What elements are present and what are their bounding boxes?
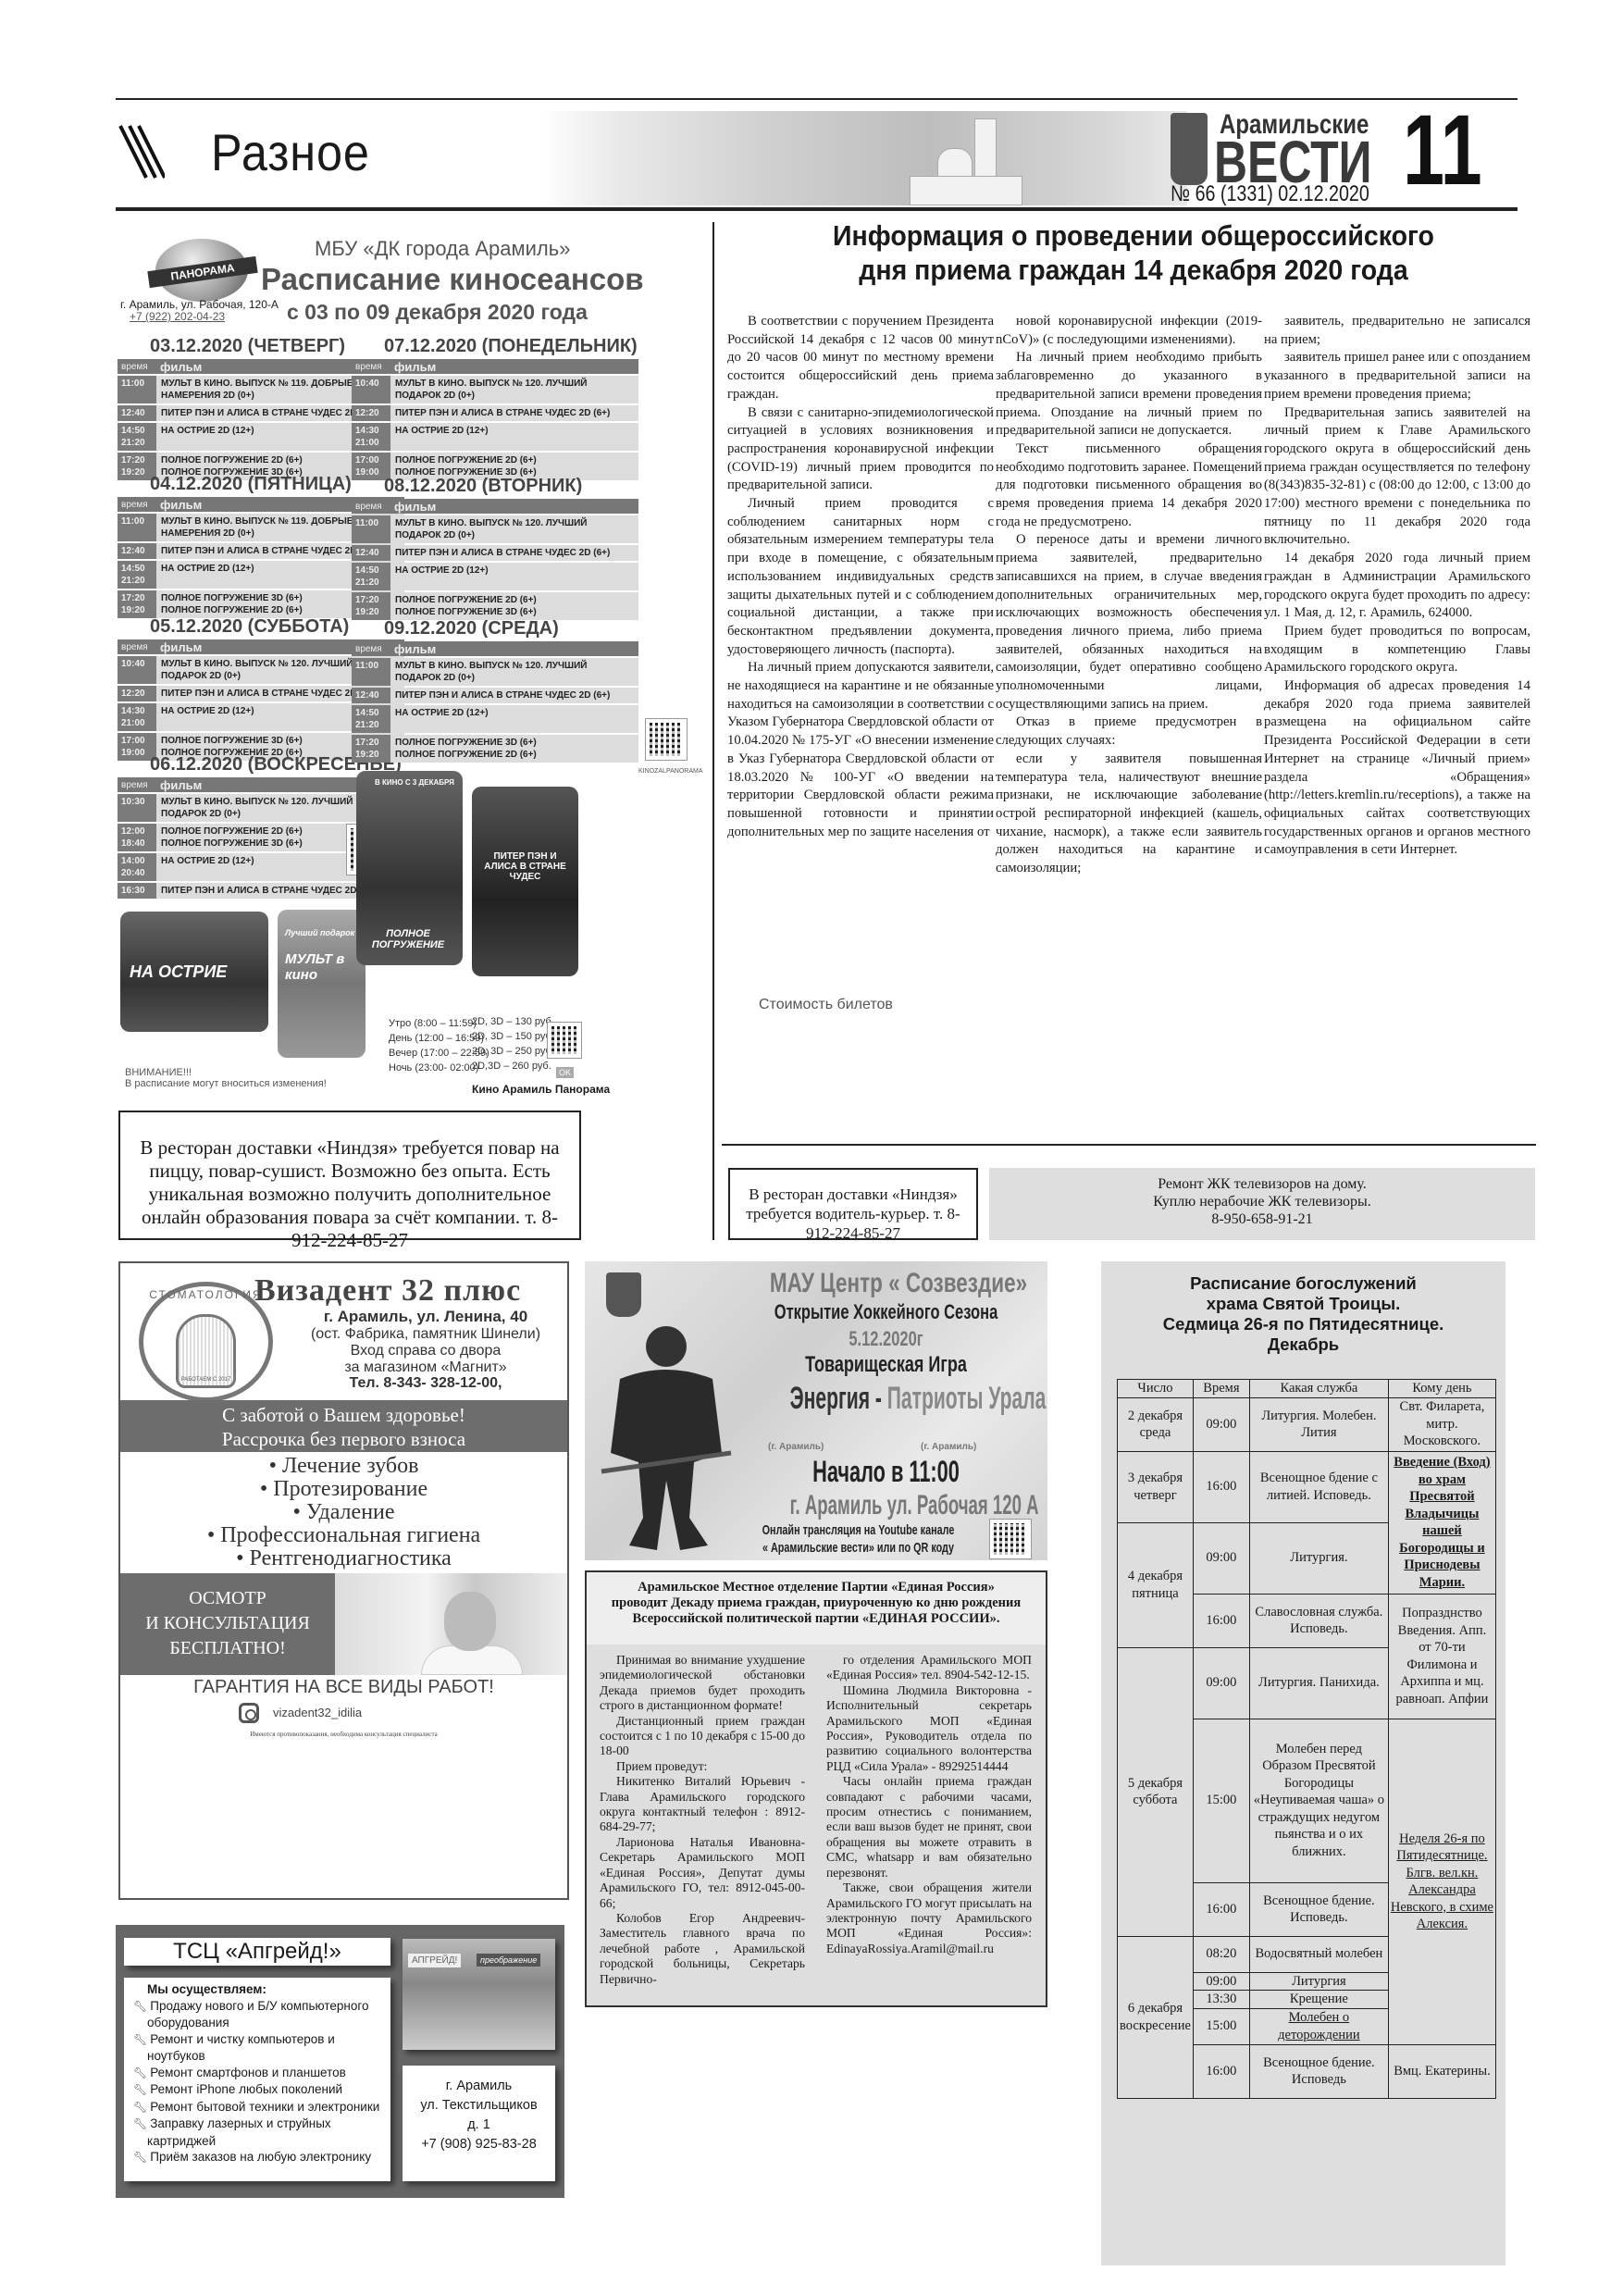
paragraph: На личный прием необходимо прибыть забла…	[996, 349, 1262, 441]
row-service: Литургия.	[1249, 1522, 1388, 1594]
instagram-icon[interactable]	[239, 1703, 259, 1723]
paragraph: Прием будет проводиться по вопросам, вхо…	[1264, 623, 1530, 677]
upgrade-service-label: Ремонт смартфонов и планшетов	[150, 2066, 346, 2079]
upgrade-address: г. Арамиль ул. Текстильщиков д. 1 +7 (90…	[403, 2066, 555, 2181]
edinaya-col-1: Принимая во внимание ухудшение эпидемиол…	[600, 1653, 805, 1987]
row-saint: Неделя 26-я по Пятидесятнице. Блгв. вел.…	[1388, 1719, 1495, 2044]
qr-caption: KINOZALPANORAMA	[638, 768, 703, 775]
upgrade-service-item: 🔧︎Ремонт смартфонов и планшетов	[133, 2065, 387, 2082]
session-time: 17:20 19:20	[352, 592, 390, 620]
wrench-icon: 🔧︎	[133, 2083, 147, 2096]
session-film: МУЛЬТ В КИНО. ВЫПУСК № 120. ЛУЧШИЙ ПОДАР…	[390, 376, 638, 403]
price-period: Ночь (23:00- 02:00)	[389, 1062, 478, 1074]
table-row: 12:20ПИТЕР ПЭН И АЛИСА В СТРАНЕ ЧУДЕС 2D…	[352, 405, 638, 421]
tv-repair-line2: Куплю нерабочие ЖК телевизоры.	[997, 1193, 1528, 1210]
hockey-org: МАУ Центр « Созвездие»	[770, 1268, 1002, 1299]
col-service: Какая служба	[1249, 1380, 1388, 1398]
session-time: 12:40	[352, 545, 390, 561]
church-schedule-table: Число Время Какая служба Кому день 2 дек…	[1117, 1379, 1496, 2099]
col-time: время	[118, 777, 156, 792]
table-row: 14:50 21:20НА ОСТРИЕ 2D (12+)	[352, 563, 638, 590]
cinema-day-table: времяфильм10:40МУЛЬТ В КИНО. ВЫПУСК № 12…	[352, 357, 638, 482]
paragraph: В связи с санитарно-эпидемиологической с…	[727, 404, 994, 496]
session-time: 12:20	[118, 686, 156, 701]
city-crest-icon	[606, 1272, 641, 1317]
session-film: НА ОСТРИЕ 2D (12+)	[390, 423, 638, 451]
article-title-line1: Информация о проведении общероссийского	[759, 218, 1508, 253]
col-time: Время	[1193, 1380, 1249, 1398]
row-service: Литургия. Молебен. Лития	[1249, 1397, 1388, 1451]
tv-repair-ad: Ремонт ЖК телевизоров на дому. Куплю нер…	[989, 1168, 1535, 1240]
page-number: 11	[1403, 104, 1482, 196]
row-time: 16:00	[1193, 1882, 1249, 1936]
hockey-stream2: « Арамильские вести» или по QR коду	[747, 1540, 970, 1556]
col-time: время	[118, 639, 156, 654]
row-service: Всенощное бдение. Исповедь	[1249, 2044, 1388, 2098]
hockey-stream1: Онлайн трансляция на Youtube канале	[747, 1522, 970, 1538]
instagram-handle[interactable]: vizadent32_idilia	[273, 1706, 362, 1719]
col-time: время	[118, 497, 156, 512]
table-row: 12:40ПИТЕР ПЭН И АЛИСА В СТРАНЕ ЧУДЕС 2D…	[352, 545, 638, 561]
free-line3: БЕСПЛАТНО!	[120, 1636, 335, 1661]
paragraph: если у заявителя повышенная температура …	[996, 751, 1262, 878]
hockey-game-type: Товарищеская Игра	[770, 1352, 1002, 1378]
session-time: 17:20 19:20	[352, 735, 390, 763]
session-time: 12:40	[118, 543, 156, 559]
paragraph: Также, свои обращения жители Арамильског…	[826, 1880, 1032, 1956]
row-saint: Попразднство Введения. Апп. от 70-ти Фил…	[1388, 1594, 1495, 1719]
session-film: МУЛЬТ В КИНО. ВЫПУСК № 120. ЛУЧШИЙ ПОДАР…	[390, 658, 638, 686]
row-saint: Свт. Филарета, митр. Московского.	[1388, 1397, 1495, 1451]
hockey-player-icon	[592, 1314, 740, 1555]
col-film: фильм	[390, 359, 638, 374]
poster-polnoe-pogruzhenie: В КИНО С 3 ДЕКАБРЯ ПОЛНОЕ ПОГРУЖЕНИЕ	[356, 771, 463, 965]
free-line1: ОСМОТР	[120, 1586, 335, 1611]
session-time: 11:00	[352, 515, 390, 543]
paragraph: В соответствии с поручением Президента Р…	[727, 313, 994, 404]
row-date: 3 декабря четверг	[1118, 1451, 1194, 1522]
upgrade-service-label: Заправку лазерных и струйных картриджей	[147, 2116, 331, 2148]
wrench-icon: 🔧︎	[133, 2101, 147, 2114]
dental-entrance2: за магазином «Магнит»	[301, 1359, 551, 1376]
cinema-day-7: 09.12.2020 (СРЕДА)времяфильм11:00МУЛЬТ В…	[352, 617, 638, 764]
session-time: 14:30 21:00	[352, 423, 390, 451]
price-value: 2D, 3D – 250 руб.	[472, 1046, 554, 1057]
row-time: 09:00	[1193, 1972, 1249, 1991]
session-time: 17:20 19:20	[118, 590, 156, 618]
dental-band-line2: Рассрочка без первого взноса	[120, 1427, 567, 1451]
row-service: Крещение	[1249, 1991, 1388, 2009]
dental-entrance1: Вход справа со двора	[301, 1343, 551, 1359]
wrench-icon: 🔧︎	[133, 2117, 147, 2130]
church-title-line4: Декабрь	[1101, 1334, 1505, 1355]
session-film: ПОЛНОЕ ПОГРУЖЕНИЕ 3D (6+) ПОЛНОЕ ПОГРУЖЕ…	[390, 735, 638, 763]
dental-service-item: • Протезирование	[120, 1478, 567, 1501]
paragraph: Часы онлайн приема граждан совпадают с р…	[826, 1774, 1032, 1880]
paragraph: 14 декабря 2020 года личный прием гражда…	[1264, 550, 1530, 623]
row-service: Литургия. Панихида.	[1249, 1647, 1388, 1719]
table-row: 11:00МУЛЬТ В КИНО. ВЫПУСК № 120. ЛУЧШИЙ …	[352, 515, 638, 543]
dental-landmark: (ост. Фабрика, памятник Шинели)	[301, 1326, 551, 1343]
session-time: 14:30 21:00	[118, 703, 156, 731]
col-time: время	[352, 499, 390, 514]
hockey-event: Открытие Хоккейного Сезона	[770, 1300, 1002, 1324]
upgrade-service-item: 🔧︎Заправку лазерных и струйных картридже…	[133, 2116, 387, 2149]
paragraph: Шомина Людмила Викторовна - Исполнительн…	[826, 1683, 1032, 1774]
upgrade-addr1: г. Арамиль	[403, 2077, 555, 2096]
paragraph: го отделения Арамильского МОП «Единая Ро…	[826, 1653, 1032, 1683]
col-date: Число	[1118, 1380, 1194, 1398]
session-film: ПОЛНОЕ ПОГРУЖЕНИЕ 2D (6+) ПОЛНОЕ ПОГРУЖЕ…	[390, 592, 638, 620]
cinema-signature: Кино Арамиль Панорама	[472, 1083, 610, 1096]
dental-logo-text: СТОМАТОЛОГИЯ	[148, 1288, 264, 1301]
row-date: 6 декабря воскресение	[1118, 1936, 1194, 2098]
article-title-line2: дня приема граждан 14 декабря 2020 года	[759, 253, 1508, 287]
hockey-start: Начало в 11:00	[781, 1455, 992, 1489]
dental-free-consult: ОСМОТР И КОНСУЛЬТАЦИЯ БЕСПЛАТНО!	[120, 1573, 335, 1675]
session-time: 12:20	[352, 405, 390, 421]
table-row: 12:40ПИТЕР ПЭН И АЛИСА В СТРАНЕ ЧУДЕС 2D…	[352, 688, 638, 703]
table-row: 2 декабря среда 09:00 Литургия. Молебен.…	[1118, 1397, 1496, 1451]
dental-service-item: • Удаление	[120, 1501, 567, 1524]
paragraph: Текст письменного обращения необходимо п…	[996, 441, 1262, 532]
dental-clinic-name: Визадент 32 плюс	[254, 1273, 521, 1309]
section-slashes-icon	[118, 122, 165, 181]
dental-guarantee: ГАРАНТИЯ НА ВСЕ ВИДЫ РАБОТ!	[120, 1677, 567, 1698]
row-date: 5 декабря суббота	[1118, 1647, 1194, 1936]
paragraph: Предварительная запись заявителей на лич…	[1264, 404, 1530, 551]
dental-service-item: • Лечение зубов	[120, 1455, 567, 1478]
dental-service-item: • Рентгенодиагностика	[120, 1547, 567, 1570]
church-title-line3: Седмица 26-я по Пятидесятнице.	[1101, 1314, 1505, 1334]
session-film: ПИТЕР ПЭН И АЛИСА В СТРАНЕ ЧУДЕС 2D (6+)	[390, 545, 638, 561]
issue-number: № 66 (1331) 02.12.2020	[1171, 181, 1369, 207]
upgrade-service-item: 🔧︎Ремонт iPhone любых поколений	[133, 2081, 387, 2099]
row-time: 15:00	[1193, 1719, 1249, 1882]
warning-title: ВНИМАНИЕ!!!	[125, 1067, 327, 1078]
dental-disclaimer: Имеются противопоказания, необходима кон…	[120, 1731, 567, 1738]
table-row: 14:30 21:00НА ОСТРИЕ 2D (12+)	[352, 423, 638, 451]
row-time: 16:00	[1193, 2044, 1249, 2098]
paragraph: О переносе даты и времени личного приема…	[996, 531, 1262, 714]
upgrade-storefront-photo: АПГРЕЙД! преображение	[403, 1939, 555, 2050]
upgrade-phone: +7 (908) 925-83-28	[403, 2135, 555, 2154]
session-time: 16:30	[118, 883, 156, 899]
upgrade-service-label: Ремонт iPhone любых поколений	[150, 2082, 342, 2096]
wrench-icon: 🔧︎	[133, 2033, 147, 2046]
session-time: 10:30	[118, 794, 156, 822]
ninja-cook-ad: В ресторан доставки «Ниндзя» требуется п…	[118, 1111, 581, 1240]
cinema-phone[interactable]: +7 (922) 202-04-23	[130, 310, 225, 323]
hockey-date: 5.12.2020г	[770, 1327, 1002, 1351]
cinema-day-title: 07.12.2020 (ПОНЕДЕЛЬНИК)	[352, 335, 638, 357]
table-row: 17:20 19:20ПОЛНОЕ ПОГРУЖЕНИЕ 2D (6+) ПОЛ…	[352, 592, 638, 620]
row-saint: Вмц. Екатерины.	[1388, 2044, 1495, 2098]
session-time: 14:50 21:20	[118, 423, 156, 451]
ninja-driver-ad: В ресторан доставки «Ниндзя» требуется в…	[728, 1168, 978, 1240]
session-time: 10:40	[118, 656, 156, 684]
session-time: 14:00 20:40	[118, 853, 156, 881]
paragraph: заявитель, предварительно не записался н…	[1264, 313, 1530, 349]
church-title-line2: храма Святой Троицы.	[1101, 1294, 1505, 1314]
session-film: ПИТЕР ПЭН И АЛИСА В СТРАНЕ ЧУДЕС 2D (6+)	[390, 688, 638, 703]
paragraph: Отказ в приеме предусмотрен в следующих …	[996, 714, 1262, 750]
row-saint-feast: Введение (Вход) во храм Пресвятой Владыч…	[1388, 1451, 1495, 1594]
cinema-period: с 03 по 09 декабря 2020 года	[287, 300, 588, 325]
paragraph: На личный прием допускаются заявители, н…	[727, 659, 994, 841]
dental-phone1: Тел. 8-343- 328-12-00,	[301, 1375, 551, 1392]
section-title: Разное	[211, 122, 370, 182]
price-period: Утро (8:00 – 11:59)	[389, 1018, 477, 1029]
row-service: Всенощное бдение с литией. Исповедь.	[1249, 1451, 1388, 1522]
session-film: МУЛЬТ В КИНО. ВЫПУСК № 120. ЛУЧШИЙ ПОДАР…	[390, 515, 638, 543]
row-service: Всенощное бдение. Исповедь.	[1249, 1882, 1388, 1936]
row-time: 16:00	[1193, 1594, 1249, 1647]
upgrade-services: Мы осуществляем:🔧︎Продажу нового и Б/У к…	[124, 1978, 390, 2181]
col-film: фильм	[390, 641, 638, 656]
cinema-day-title: 09.12.2020 (СРЕДА)	[352, 617, 638, 639]
paragraph: Колобов Егор Андреевич- Заместитель глав…	[600, 1911, 805, 1987]
hockey-address: г. Арамиль ул. Рабочая 120 А	[790, 1490, 983, 1521]
paragraph: новой коронавирусной инфекции (2019-nCoV…	[996, 313, 1262, 349]
article-column-3: заявитель, предварительно не записался н…	[1264, 313, 1530, 860]
dentist-head	[444, 1592, 496, 1651]
session-time: 12:00 18:40	[118, 824, 156, 851]
table-header-row: Число Время Какая служба Кому день	[1118, 1380, 1496, 1398]
dental-services: • Лечение зубов• Протезирование• Удалени…	[120, 1455, 567, 1570]
row-date: 2 декабря среда	[1118, 1397, 1194, 1451]
upgrade-addr3: д. 1	[403, 2116, 555, 2135]
upgrade-service-label: Ремонт бытовой техники и электроники	[150, 2100, 379, 2114]
poster-na-ostrie: НА ОСТРИЕ	[120, 912, 268, 1032]
session-film: НА ОСТРИЕ 2D (12+)	[390, 563, 638, 590]
table-row: 3 декабря четверг 16:00 Всенощное бдение…	[1118, 1451, 1496, 1522]
row-time: 15:00	[1193, 2008, 1249, 2044]
dental-service-item: • Профессиональная гигиена	[120, 1524, 567, 1547]
upgrade-service-item: 🔧︎Ремонт бытовой техники и электроники	[133, 2099, 387, 2116]
paragraph: Информация об адресах проведения 14 дека…	[1264, 677, 1530, 860]
article-column-1: В соответствии с поручением Президента Р…	[727, 313, 994, 841]
row-time: 16:00	[1193, 1451, 1249, 1522]
wrench-icon: 🔧︎	[133, 2066, 147, 2079]
hockey-teams: Энергия - Патриоты Урала	[790, 1381, 983, 1417]
article-column-2: новой коронавирусной инфекции (2019-nCoV…	[996, 313, 1262, 878]
instagram-qr-icon[interactable]	[646, 719, 687, 760]
upgrade-service-item: 🔧︎Продажу нового и Б/У компьютерного обо…	[133, 1998, 387, 2031]
col-time: время	[352, 359, 390, 374]
session-time: 10:40	[352, 376, 390, 403]
session-time: 11:00	[118, 376, 156, 403]
price-period: День (12:00 – 16:59)	[389, 1033, 484, 1044]
store-sign-2: преображение	[477, 1954, 540, 1967]
row-service: Литургия	[1249, 1972, 1388, 1991]
tv-repair-line1: Ремонт ЖК телевизоров на дому.	[997, 1175, 1528, 1193]
paragraph: Ларионова Наталья Ивановна- Секретарь Ар…	[600, 1835, 805, 1911]
upgrade-addr2: ул. Текстильщиков	[403, 2096, 555, 2116]
team1: Энергия	[790, 1381, 870, 1416]
wrench-icon: 🔧︎	[133, 2000, 147, 2013]
row-time: 08:20	[1193, 1936, 1249, 1972]
session-time: 14:50 21:20	[352, 563, 390, 590]
col-film: фильм	[390, 499, 638, 514]
upgrade-service-label: Ремонт и чистку компьютеров и ноутбуков	[147, 2032, 335, 2064]
row-service: Славословная служба. Исповедь.	[1249, 1594, 1388, 1647]
cinema-warning: ВНИМАНИЕ!!! В расписание могут вноситься…	[125, 1067, 327, 1089]
session-time: 12:40	[118, 405, 156, 421]
ticket-prices-title: Стоимость билетов	[759, 997, 893, 1013]
cinema-day-table: времяфильм11:00МУЛЬТ В КИНО. ВЫПУСК № 12…	[352, 497, 638, 622]
header-church-photo	[539, 111, 1187, 205]
col-time: время	[352, 641, 390, 656]
column-divider	[712, 222, 714, 1240]
cinema-address: г. Арамиль, ул. Рабочая, 120-А	[120, 298, 279, 311]
price-value: 2D,3D – 260 руб.	[472, 1061, 551, 1072]
table-row: 10:40МУЛЬТ В КИНО. ВЫПУСК № 120. ЛУЧШИЙ …	[352, 376, 638, 403]
cinema-organization: МБУ «ДК города Арамиль»	[315, 237, 570, 261]
paragraph: заявитель пришел ранее или с опозданием …	[1264, 349, 1530, 403]
article-bottom-rule	[722, 1144, 1536, 1146]
dental-band-line1: С заботой о Вашем здоровье!	[120, 1403, 567, 1427]
header-bottom-rule	[116, 207, 1518, 211]
free-line2: И КОНСУЛЬТАЦИЯ	[120, 1611, 335, 1636]
upgrade-service-item: 🔧︎Ремонт и чистку компьютеров и ноутбуко…	[133, 2031, 387, 2065]
col-time: время	[118, 359, 156, 374]
article-title: Информация о проведении общероссийского …	[759, 218, 1508, 287]
edinaya-rossiya-title: Арамильское Местное отделение Партии «Ед…	[587, 1572, 1046, 1644]
row-date: 4 декабря пятница	[1118, 1522, 1194, 1647]
dental-slogan-band: 8-932-125-02-32 С заботой о Вашем здоров…	[120, 1400, 567, 1452]
paragraph: Никитенко Виталий Юрьевич - Глава Арамил…	[600, 1774, 805, 1835]
paragraph: Прием проведут:	[600, 1759, 805, 1774]
upgrade-service-item: 🔧︎Приём заказов на любую электронику	[133, 2149, 387, 2166]
warning-text: В расписание могут вноситься изменения!	[125, 1078, 327, 1089]
row-time: 09:00	[1193, 1647, 1249, 1719]
table-row: 11:00МУЛЬТ В КИНО. ВЫПУСК № 120. ЛУЧШИЙ …	[352, 658, 638, 686]
col-saint: Кому день	[1388, 1380, 1495, 1398]
row-service: Молебен о деторождении	[1249, 2008, 1388, 2044]
edinaya-col-2: го отделения Арамильского МОП «Единая Ро…	[826, 1653, 1032, 1956]
poster-mult: Лучший подарок МУЛЬТ в кино	[278, 910, 365, 1058]
session-time: 14:50 21:20	[352, 705, 390, 733]
session-film: НА ОСТРИЕ 2D (12+)	[390, 705, 638, 733]
paragraph: Дистанционный прием граждан состоится с …	[600, 1714, 805, 1759]
price-value: 2D, 3D – 130 руб.	[472, 1016, 554, 1027]
wrench-icon: 🔧︎	[133, 2151, 147, 2164]
price-value: 2D, 3D – 150 руб.	[472, 1031, 554, 1042]
ok-icon: OK	[556, 1067, 574, 1078]
cinema-day-table: времяфильм11:00МУЛЬТ В КИНО. ВЫПУСК № 12…	[352, 639, 638, 764]
paragraph: Принимая во внимание ухудшение эпидемиол…	[600, 1653, 805, 1714]
church-title-line1: Расписание богослужений	[1101, 1273, 1505, 1294]
row-time: 13:30	[1193, 1991, 1249, 2009]
row-service: Молебен перед Образом Пресвятой Богороди…	[1249, 1719, 1388, 1882]
row-time: 09:00	[1193, 1397, 1249, 1451]
upgrade-service-label: Приём заказов на любую электронику	[150, 2150, 371, 2164]
team2-city: (г. Арамиль)	[921, 1442, 976, 1452]
session-time: 12:40	[352, 688, 390, 703]
row-service: Водосвятный молебен	[1249, 1936, 1388, 1972]
session-time: 11:00	[118, 514, 156, 541]
session-film: ПИТЕР ПЭН И АЛИСА В СТРАНЕ ЧУДЕС 2D (6+)	[390, 405, 638, 421]
store-sign: АПГРЕЙД!	[408, 1954, 461, 1967]
upgrade-service-label: Продажу нового и Б/У компьютерного обору…	[147, 1999, 369, 2030]
table-row: 14:50 21:20НА ОСТРИЕ 2D (12+)	[352, 705, 638, 733]
cinema-day-title: 08.12.2020 (ВТОРНИК)	[352, 475, 638, 497]
team2: Патриоты Урала	[887, 1381, 1047, 1416]
table-row: 17:20 19:20ПОЛНОЕ ПОГРУЖЕНИЕ 3D (6+) ПОЛ…	[352, 735, 638, 763]
upgrade-heading: Мы осуществляем:	[133, 1981, 387, 1998]
session-time: 11:00	[352, 658, 390, 686]
header-top-rule	[116, 98, 1518, 100]
upgrade-title: ТСЦ «Апгрейд!»	[124, 1938, 390, 1966]
dental-address: г. Арамиль, ул. Ленина, 40	[301, 1308, 551, 1326]
dental-since: РАБОТАЕМ С 2017	[180, 1377, 231, 1383]
ok-qr-icon[interactable]	[548, 1023, 581, 1058]
cinema-day-5: 07.12.2020 (ПОНЕДЕЛЬНИК)времяфильм10:40М…	[352, 335, 638, 482]
church-schedule-title: Расписание богослужений храма Святой Тро…	[1101, 1273, 1505, 1355]
poster-piter-pen: ПИТЕР ПЭН И АЛИСА В СТРАНЕ ЧУДЕС	[472, 787, 578, 976]
cinema-schedule-title: Расписание киносеансов	[261, 262, 644, 297]
cinema-day-6: 08.12.2020 (ВТОРНИК)времяфильм11:00МУЛЬТ…	[352, 475, 638, 622]
session-time: 14:50 21:20	[118, 561, 156, 589]
city-crest-icon	[1171, 113, 1208, 185]
team1-city: (г. Арамиль)	[768, 1442, 824, 1452]
tv-repair-phone: 8-950-658-91-21	[997, 1210, 1528, 1228]
row-time: 09:00	[1193, 1522, 1249, 1594]
youtube-qr-icon[interactable]	[990, 1520, 1031, 1558]
paragraph: Личный прием проводится с соблюдением са…	[727, 495, 994, 659]
